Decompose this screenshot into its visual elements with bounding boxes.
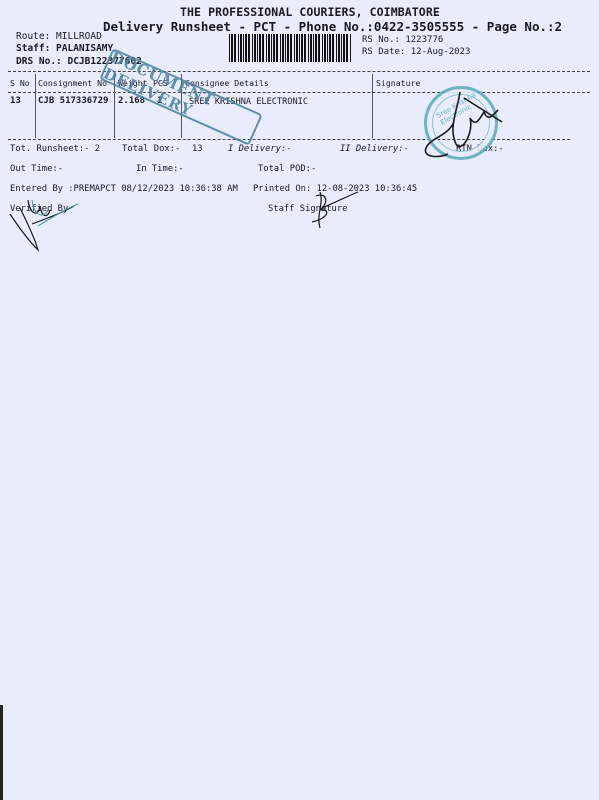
i-delivery: I Delivery:- <box>228 144 292 154</box>
out-time: Out Time:- <box>10 164 63 174</box>
route-label: Route: MILLROAD <box>16 31 102 42</box>
runsheet-page: THE PROFESSIONAL COURIERS, COIMBATORE De… <box>0 0 600 800</box>
runsheet-subtitle: Delivery Runsheet - PCT - Phone No.:0422… <box>103 19 562 34</box>
company-title: THE PROFESSIONAL COURIERS, COIMBATORE <box>180 5 440 19</box>
col-header-sno: S No <box>10 78 30 88</box>
rs-number: RS No.: 1223776 <box>362 35 443 45</box>
col-divider <box>372 74 373 138</box>
table-top-rule <box>8 71 590 72</box>
col-header-signature: Signature <box>376 78 420 88</box>
verifier-signature-icon <box>8 196 88 256</box>
in-time: In Time:- <box>136 164 184 174</box>
cell-consignment-no: CJB 517336729 <box>38 96 108 106</box>
total-dox-value: 13 <box>192 144 203 154</box>
col-header-consignment: Consignment No <box>38 78 107 88</box>
barcode <box>229 34 352 62</box>
ii-delivery: II Delivery:- <box>340 144 409 154</box>
total-dox-label: Total Dox:- <box>122 144 180 154</box>
staff-signature-icon <box>306 188 366 238</box>
total-pod: Total POD:- <box>258 164 316 174</box>
scan-edge <box>0 705 3 800</box>
col-divider <box>35 74 36 138</box>
cell-sno: 13 <box>10 96 21 106</box>
tot-runsheet: Tot. Runsheet:- 2 <box>10 144 100 154</box>
rs-date: RS Date: 12-Aug-2023 <box>362 47 470 57</box>
staff-label: Staff: PALANISAMY <box>16 43 113 54</box>
entered-by: Entered By :PREMAPCT 08/12/2023 10:36:38… <box>10 184 238 194</box>
consignee-signature-icon <box>418 88 508 168</box>
